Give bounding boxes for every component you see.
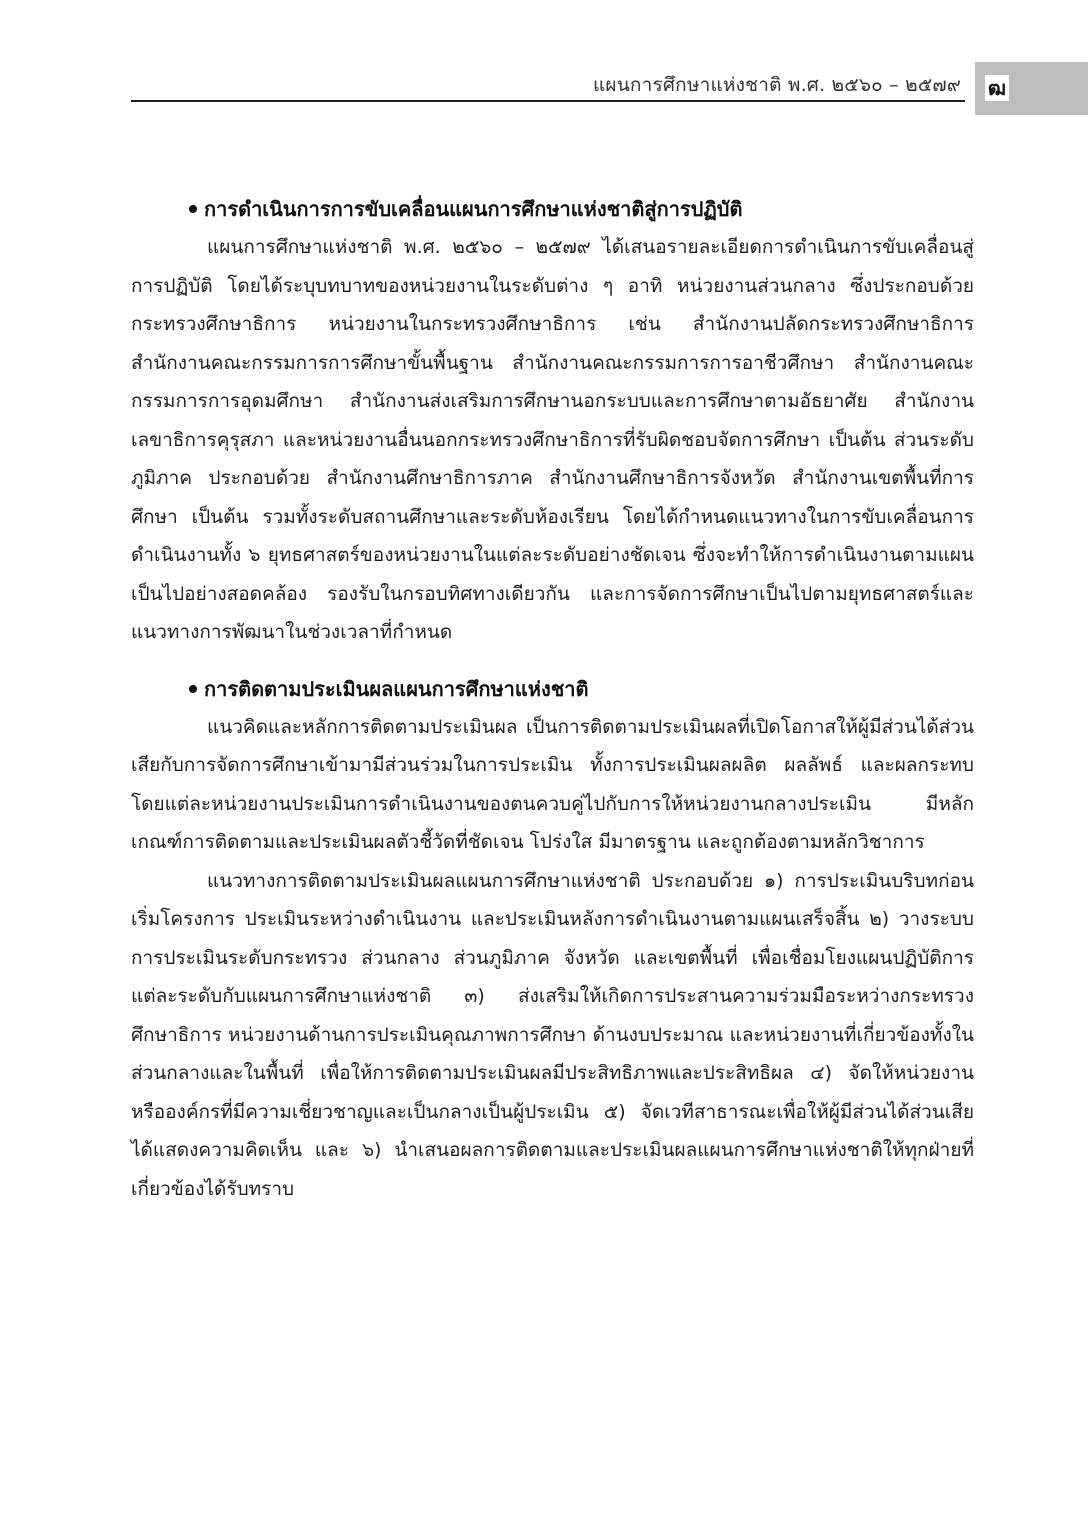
- paragraph: แนวทางการติดตามประเมินผลแผนการศึกษาแห่งช…: [131, 862, 974, 1209]
- page-number: ฒ: [985, 75, 1009, 101]
- section-heading: การติดตามประเมินผลแผนการศึกษาแห่งชาติ: [131, 670, 974, 708]
- paragraph: แผนการศึกษาแห่งชาติ พ.ศ. ๒๕๖๐ – ๒๕๗๙ ได้…: [131, 228, 974, 652]
- section-implementation: การดำเนินการการขับเคลื่อนแผนการศึกษาแห่ง…: [131, 190, 974, 652]
- section-heading-text: การติดตามประเมินผลแผนการศึกษาแห่งชาติ: [186, 677, 589, 701]
- section-heading-text: การดำเนินการการขับเคลื่อนแผนการศึกษาแห่ง…: [186, 197, 742, 221]
- page-number-tab: ฒ: [975, 62, 1088, 115]
- section-heading: การดำเนินการการขับเคลื่อนแผนการศึกษาแห่ง…: [131, 190, 974, 228]
- paragraph: แนวคิดและหลักการติดตามประเมินผล เป็นการต…: [131, 708, 974, 862]
- bullet-icon: [189, 205, 197, 213]
- bullet-icon: [189, 685, 197, 693]
- document-body: การดำเนินการการขับเคลื่อนแผนการศึกษาแห่ง…: [131, 190, 974, 1208]
- running-header: แผนการศึกษาแห่งชาติ พ.ศ. ๒๕๖๐ – ๒๕๗๙: [131, 74, 965, 102]
- section-evaluation: การติดตามประเมินผลแผนการศึกษาแห่งชาติ แน…: [131, 670, 974, 1209]
- running-header-title: แผนการศึกษาแห่งชาติ พ.ศ. ๒๕๖๐ – ๒๕๗๙: [593, 74, 965, 96]
